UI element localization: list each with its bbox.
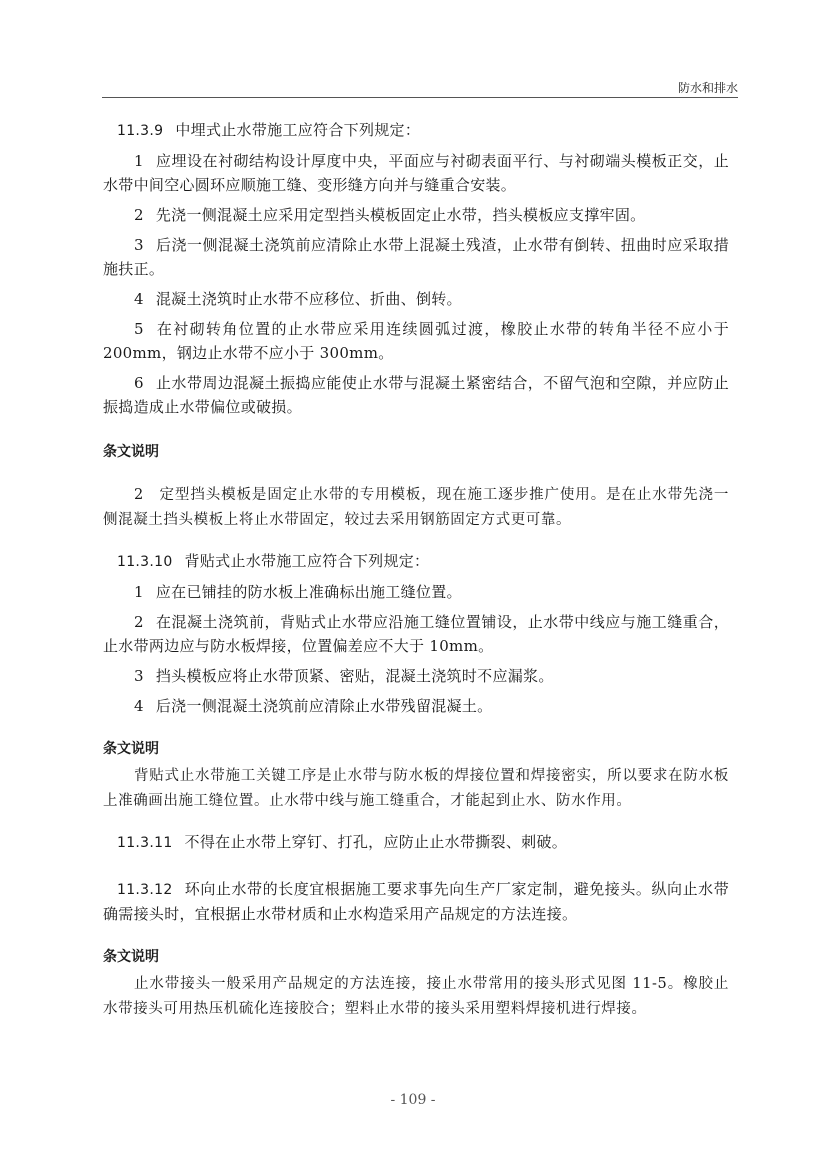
- item-text: 后浇一侧混凝土浇筑前应清除止水带上混凝土残渣，止水带有倒转、扭曲时应采取措施扶正…: [103, 236, 729, 278]
- item-text: 后浇一侧混凝土浇筑前应清除止水带残留混凝土。: [156, 697, 493, 715]
- item-number: 4: [134, 697, 144, 715]
- page-body: 11.3.9中埋式止水带施工应符合下列规定： 1应埋设在衬砌结构设计厚度中央，平…: [103, 118, 729, 1022]
- clause-11-3-10-heading: 11.3.10背贴式止水带施工应符合下列规定：: [103, 549, 729, 574]
- header-rule: [102, 97, 738, 98]
- clause-title: 中埋式止水带施工应符合下列规定：: [175, 121, 420, 139]
- clause-item: 4后浇一侧混凝土浇筑前应清除止水带残留混凝土。: [103, 694, 729, 718]
- commentary-text: 背贴式止水带施工关键工序是止水带与防水板的焊接位置和焊接密实，所以要求在防水板上…: [103, 764, 729, 814]
- item-number: 2: [134, 613, 144, 631]
- clause-number: 11.3.9: [117, 123, 163, 139]
- clause-item: 1应在已铺挂的防水板上准确标出施工缝位置。: [103, 580, 729, 604]
- item-text: 应埋设在衬砌结构设计厚度中央，平面应与衬砌表面平行、与衬砌端头模板正交，止水带中…: [103, 152, 729, 194]
- item-text: 混凝土浇筑时止水带不应移位、折曲、倒转。: [156, 290, 462, 308]
- clause-title: 环向止水带的长度宜根据施工要求事先向生产厂家定制，避免接头。纵向止水带确需接头时…: [103, 880, 729, 923]
- clause-11-3-12: 11.3.12环向止水带的长度宜根据施工要求事先向生产厂家定制，避免接头。纵向止…: [103, 877, 729, 926]
- clause-item: 2先浇一侧混凝土应采用定型挡头模板固定止水带，挡头模板应支撑牢固。: [103, 203, 729, 227]
- item-text: 在混凝土浇筑前，背贴式止水带应沿施工缝位置铺设，止水带中线应与施工缝重合，止水带…: [103, 613, 729, 655]
- item-number: 5: [134, 320, 144, 338]
- item-number: 2: [134, 206, 144, 224]
- clause-item: 3挡头模板应将止水带顶紧、密贴，混凝土浇筑时不应漏浆。: [103, 664, 729, 688]
- clause-11-3-9-heading: 11.3.9中埋式止水带施工应符合下列规定：: [103, 118, 729, 143]
- clause-number: 11.3.11: [117, 835, 173, 851]
- commentary-text: 2 定型挡头模板是固定止水带的专用模板，现在施工逐步推广使用。是在止水带先浇一侧…: [103, 483, 729, 533]
- page-number: - 109 -: [0, 1092, 826, 1108]
- commentary-heading: 条文说明: [103, 738, 729, 758]
- clause-item: 1应埋设在衬砌结构设计厚度中央，平面应与衬砌表面平行、与衬砌端头模板正交，止水带…: [103, 149, 729, 197]
- clause-title: 不得在止水带上穿钉、打孔，应防止止水带撕裂、刺破。: [185, 833, 568, 851]
- clause-number: 11.3.12: [117, 882, 173, 898]
- item-number: 1: [134, 152, 144, 170]
- item-number: 3: [134, 667, 144, 685]
- item-text: 应在已铺挂的防水板上准确标出施工缝位置。: [156, 583, 462, 601]
- clause-title: 背贴式止水带施工应符合下列规定：: [185, 552, 430, 570]
- item-text: 止水带周边混凝土振捣应能使止水带与混凝土紧密结合，不留气泡和空隙，并应防止振捣造…: [103, 374, 729, 416]
- clause-number: 11.3.10: [117, 554, 173, 570]
- clause-item: 4混凝土浇筑时止水带不应移位、折曲、倒转。: [103, 287, 729, 311]
- commentary-heading: 条文说明: [103, 946, 729, 966]
- item-number: 3: [134, 236, 144, 254]
- clause-item: 3后浇一侧混凝土浇筑前应清除止水带上混凝土残渣，止水带有倒转、扭曲时应采取措施扶…: [103, 233, 729, 281]
- item-number: 4: [134, 290, 144, 308]
- commentary-text: 止水带接头一般采用产品规定的方法连接，接止水带常用的接头形式见图 11-5。橡胶…: [103, 972, 729, 1022]
- item-number: 1: [134, 583, 144, 601]
- running-header-chapter-title: 防水和排水: [678, 79, 738, 96]
- item-text: 在衬砌转角位置的止水带应采用连续圆弧过渡，橡胶止水带的转角半径不应小于 200m…: [103, 320, 729, 362]
- item-text: 先浇一侧混凝土应采用定型挡头模板固定止水带，挡头模板应支撑牢固。: [156, 206, 646, 224]
- clause-item: 5在衬砌转角位置的止水带应采用连续圆弧过渡，橡胶止水带的转角半径不应小于 200…: [103, 317, 729, 365]
- clause-11-3-11: 11.3.11不得在止水带上穿钉、打孔，应防止止水带撕裂、刺破。: [103, 830, 729, 855]
- item-number: 6: [134, 374, 144, 392]
- clause-item: 6止水带周边混凝土振捣应能使止水带与混凝土紧密结合，不留气泡和空隙，并应防止振捣…: [103, 371, 729, 419]
- commentary-heading: 条文说明: [103, 441, 729, 461]
- item-text: 挡头模板应将止水带顶紧、密贴，混凝土浇筑时不应漏浆。: [156, 667, 554, 685]
- clause-item: 2在混凝土浇筑前，背贴式止水带应沿施工缝位置铺设，止水带中线应与施工缝重合，止水…: [103, 610, 729, 658]
